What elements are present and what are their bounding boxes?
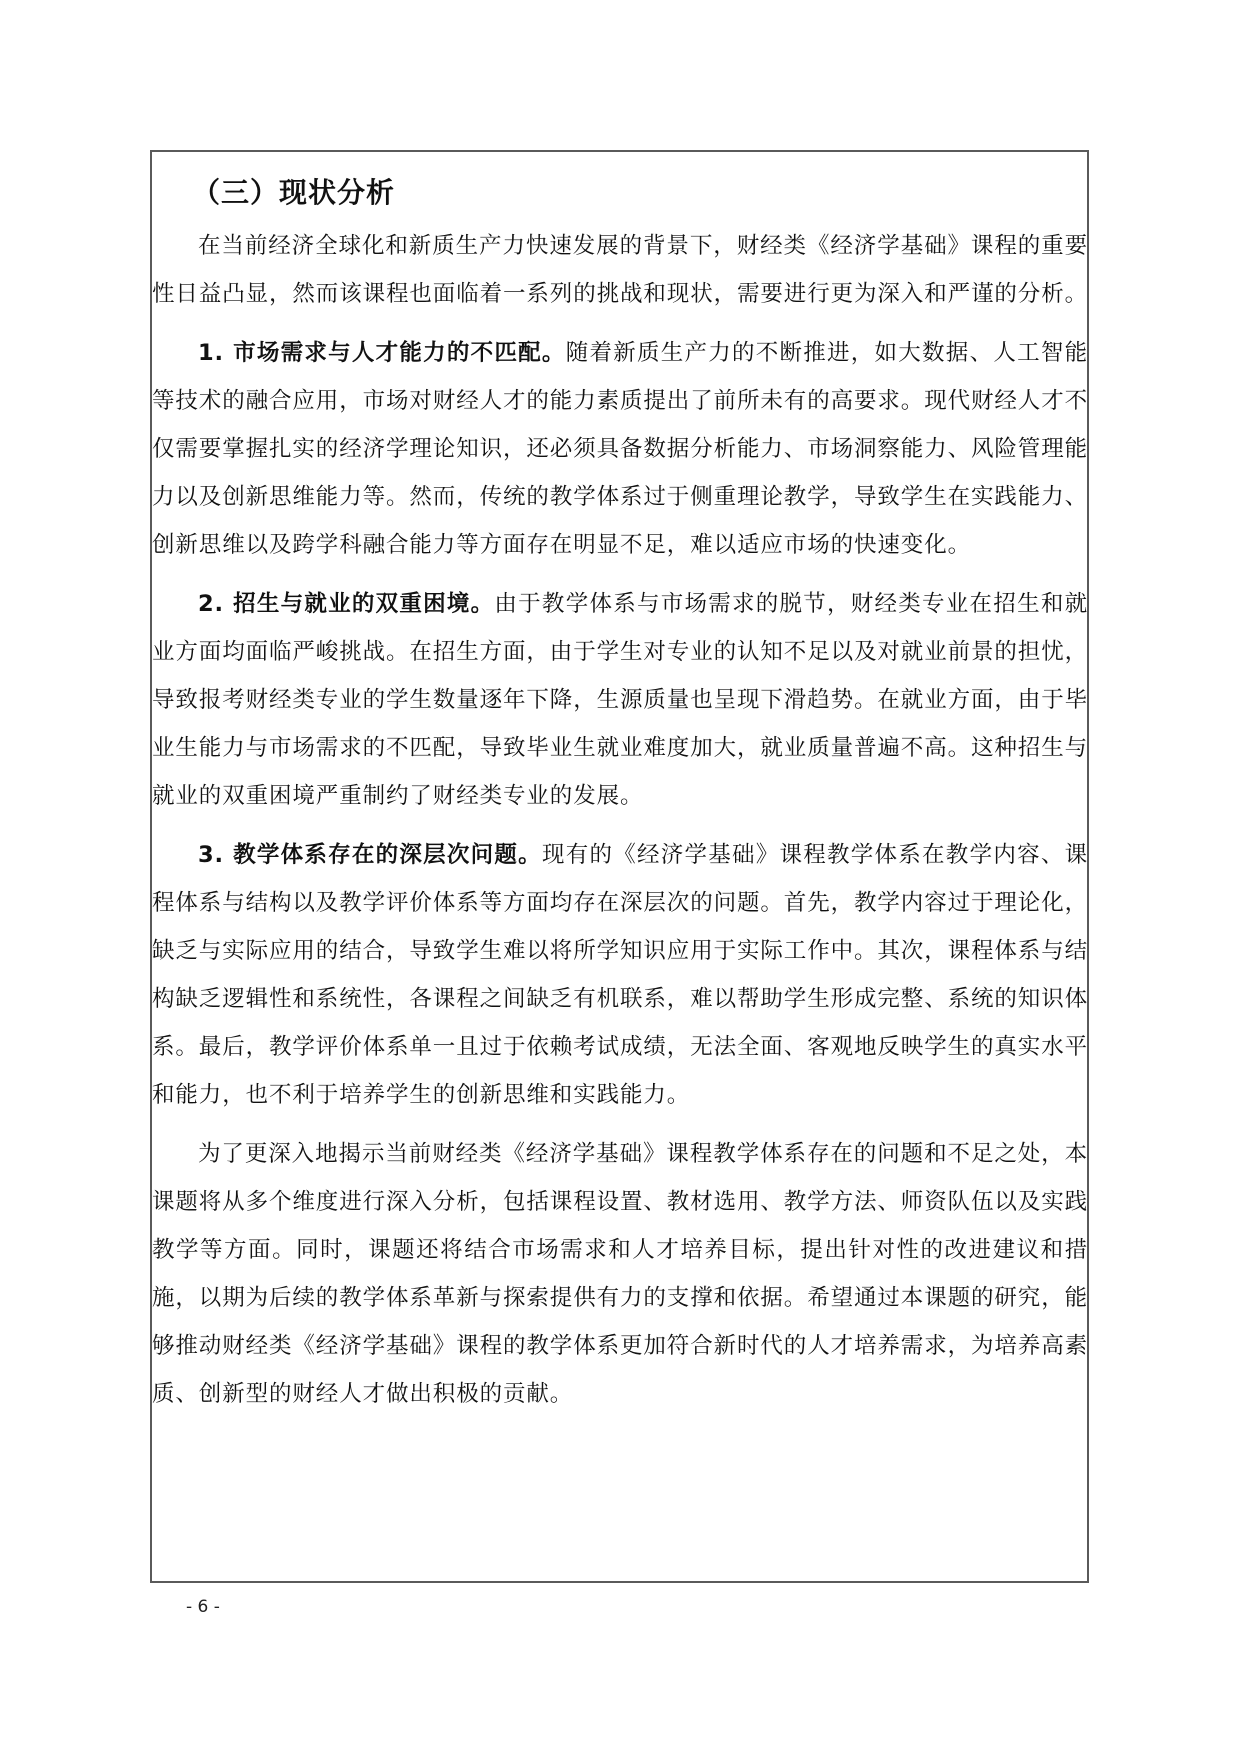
paragraph-text: 现有的《经济学基础》课程教学体系在教学内容、课程体系与结构以及教学评价体系等方面…	[152, 842, 1088, 1108]
paragraph-lead: 1. 市场需求与人才能力的不匹配。	[198, 340, 566, 366]
paragraph-lead: 2. 招生与就业的双重困境。	[198, 591, 494, 617]
page-number: - 6 -	[186, 1597, 220, 1617]
paragraph-point-3: 3. 教学体系存在的深层次问题。现有的《经济学基础》课程教学体系在教学内容、课程…	[152, 831, 1088, 1119]
paragraph-point-2: 2. 招生与就业的双重困境。由于教学体系与市场需求的脱节，财经类专业在招生和就业…	[152, 580, 1088, 820]
paragraph-text: 在当前经济全球化和新质生产力快速发展的背景下，财经类《经济学基础》课程的重要性日…	[152, 233, 1088, 307]
paragraph-text: 由于教学体系与市场需求的脱节，财经类专业在招生和就业方面均面临严峻挑战。在招生方…	[152, 591, 1088, 809]
section-heading: （三）现状分析	[152, 170, 1088, 216]
paragraph-point-1: 1. 市场需求与人才能力的不匹配。随着新质生产力的不断推进，如大数据、人工智能等…	[152, 329, 1088, 569]
document-body: （三）现状分析 在当前经济全球化和新质生产力快速发展的背景下，财经类《经济学基础…	[152, 170, 1088, 1429]
paragraph-intro: 在当前经济全球化和新质生产力快速发展的背景下，财经类《经济学基础》课程的重要性日…	[152, 222, 1088, 318]
paragraph-conclusion: 为了更深入地揭示当前财经类《经济学基础》课程教学体系存在的问题和不足之处，本课题…	[152, 1130, 1088, 1418]
paragraph-text: 随着新质生产力的不断推进，如大数据、人工智能等技术的融合应用，市场对财经人才的能…	[152, 340, 1088, 558]
paragraph-lead: 3. 教学体系存在的深层次问题。	[198, 842, 542, 868]
paragraph-text: 为了更深入地揭示当前财经类《经济学基础》课程教学体系存在的问题和不足之处，本课题…	[152, 1141, 1088, 1407]
